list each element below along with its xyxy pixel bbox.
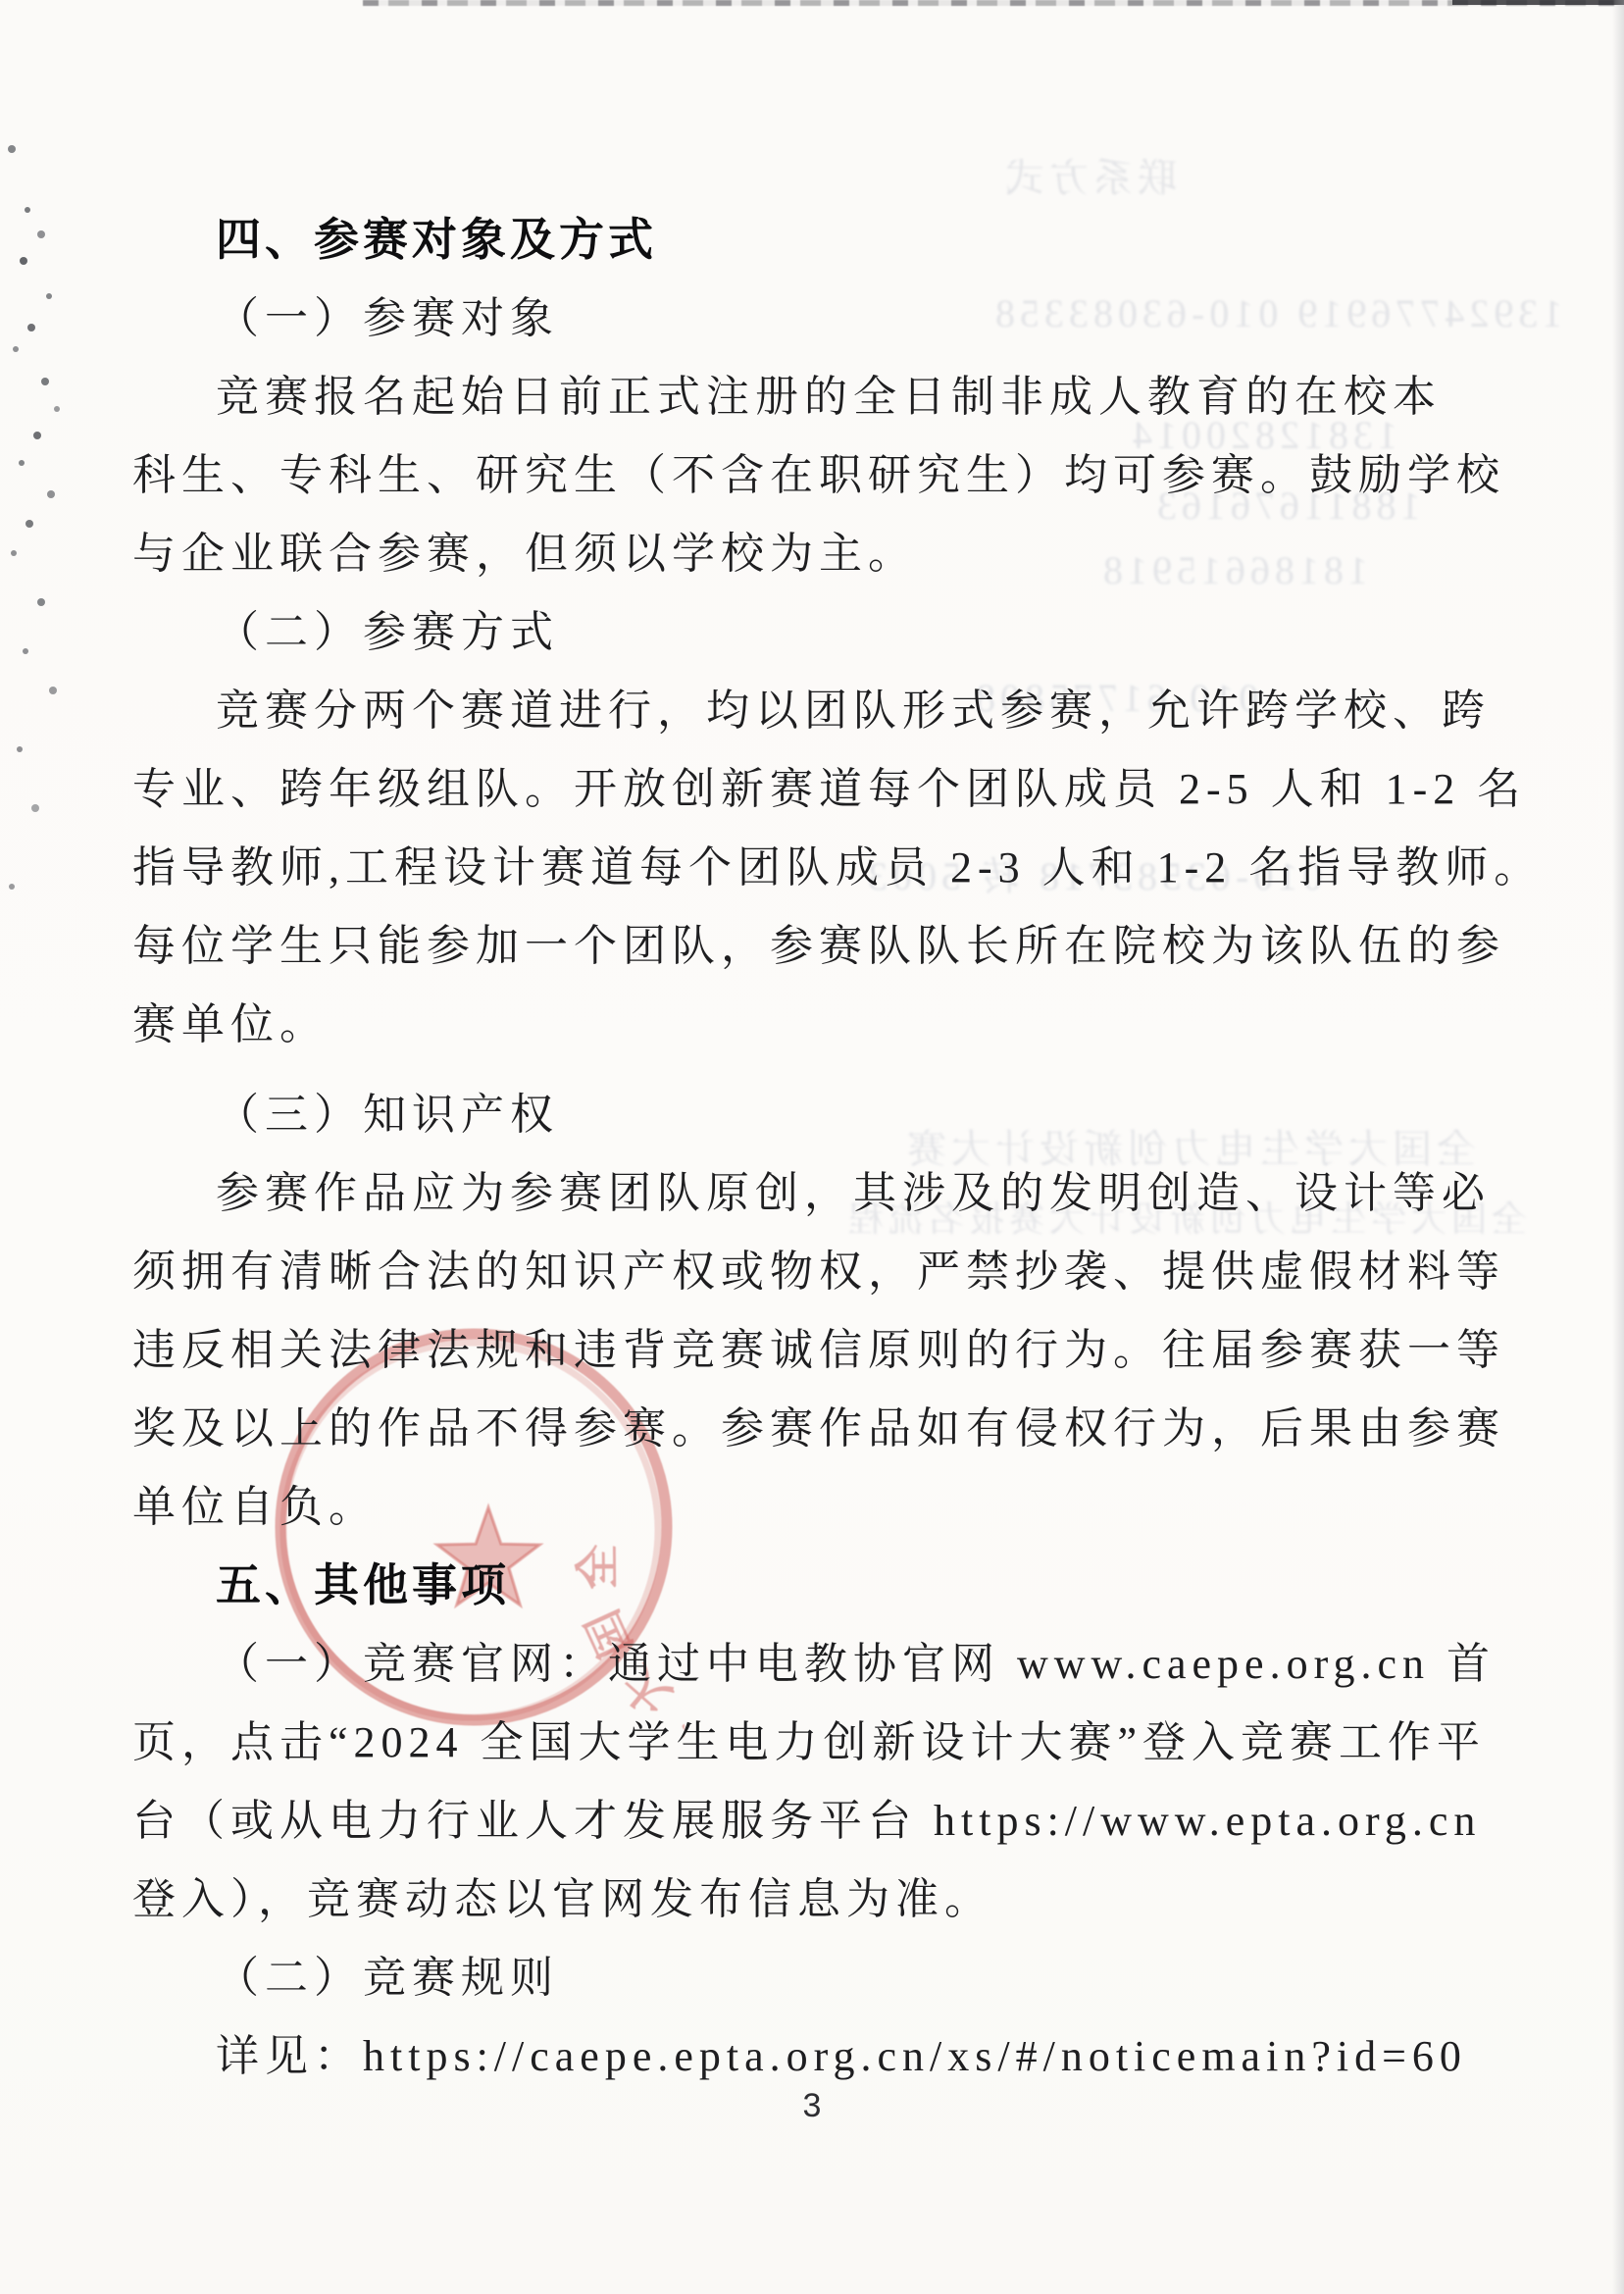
page-number: 3 (0, 2087, 1624, 2125)
subsection-heading-4-3: （三）知识产权 (132, 1076, 1517, 1154)
paragraph-line: 单位自负。 (132, 1468, 1517, 1547)
subsection-heading-4-2: （二）参赛方式 (132, 593, 1517, 672)
scanned-document-page: 联系方式 13924776919 010-63083358 1381282001… (0, 0, 1624, 2294)
paragraph-line: 专业、跨年级组队。开放创新赛道每个团队成员 2-5 人和 1-2 名 (132, 750, 1517, 829)
document-body: 四、参赛对象及方式 （一）参赛对象 竞赛报名起始日前正式注册的全日制非成人教育的… (132, 201, 1517, 2096)
paragraph-line: 科生、专科生、研究生（不含在职研究生）均可参赛。鼓励学校 (132, 436, 1517, 515)
paragraph-line: 页，点击“2024 全国大学生电力创新设计大赛”登入竞赛工作平 (132, 1704, 1517, 1782)
paragraph-line: 奖及以上的作品不得参赛。参赛作品如有侵权行为，后果由参赛 (132, 1390, 1517, 1468)
paragraph-line: 竞赛报名起始日前正式注册的全日制非成人教育的在校本 (132, 358, 1517, 436)
scan-artifact-left-speckles (0, 0, 4, 4)
paragraph-line: 与企业联合参赛，但须以学校为主。 (132, 515, 1517, 593)
paragraph-line: 参赛作品应为参赛团队原创，其涉及的发明创造、设计等必 (132, 1154, 1517, 1233)
section-heading-5: 五、其他事项 (132, 1547, 1517, 1625)
subsection-heading-5-2: （二）竞赛规则 (132, 1939, 1517, 2017)
bleed-through-text: 联系方式 (1000, 147, 1177, 203)
scan-artifact-top-band (363, 0, 1624, 6)
subsection-heading-4-1: （一）参赛对象 (132, 280, 1517, 358)
paragraph-line: 须拥有清晰合法的知识产权或物权，严禁抄袭、提供虚假材料等 (132, 1233, 1517, 1311)
section-heading-4: 四、参赛对象及方式 (132, 201, 1517, 280)
paragraph-line-with-url: （一）竞赛官网：通过中电教协官网 www.caepe.org.cn 首 (132, 1625, 1517, 1704)
scan-artifact-right-edge (1612, 0, 1624, 2294)
paragraph-line: 竞赛分两个赛道进行，均以团队形式参赛，允许跨学校、跨 (132, 672, 1517, 750)
paragraph-line: 登入），竞赛动态以官网发布信息为准。 (132, 1861, 1517, 1939)
paragraph-line: 违反相关法律法规和违背竞赛诚信原则的行为。往届参赛获一等 (132, 1311, 1517, 1390)
paragraph-line: 指导教师,工程设计赛道每个团队成员 2-3 人和 1-2 名指导教师。 (132, 829, 1517, 907)
paragraph-line: 每位学生只能参加一个团队，参赛队队长所在院校为该队伍的参 (132, 907, 1517, 986)
paragraph-line: 赛单位。 (132, 986, 1517, 1064)
paragraph-line-with-url: 台（或从电力行业人才发展服务平台 https://www.epta.org.cn (132, 1782, 1517, 1861)
scan-artifact-top-corner (1452, 0, 1624, 5)
paragraph-line-with-url: 详见：https://caepe.epta.org.cn/xs/#/notice… (132, 2017, 1517, 2096)
